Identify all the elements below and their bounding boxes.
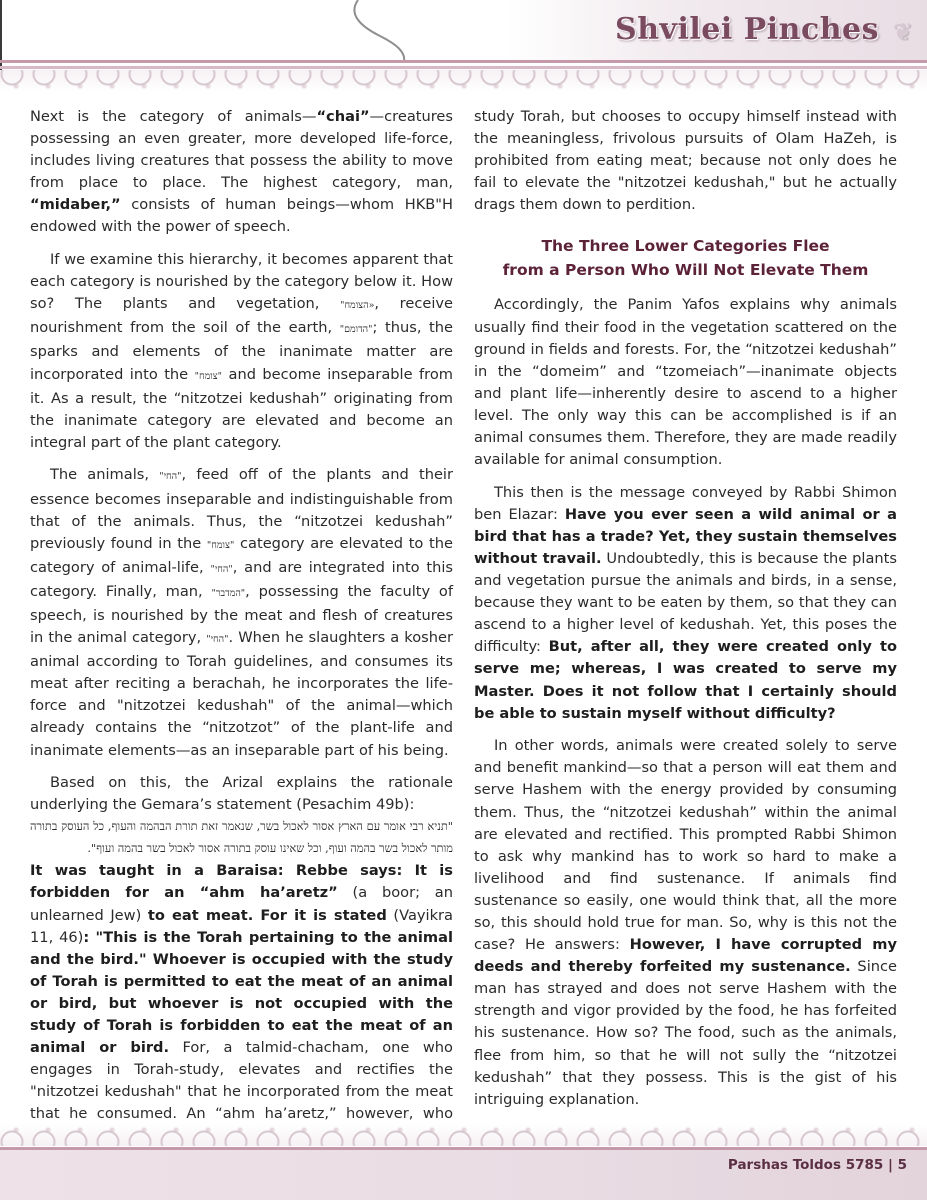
page-footer: Parshas Toldos 5785 | 5 xyxy=(0,1150,927,1200)
term-chai: “chai” xyxy=(316,108,369,125)
paragraph: The animals, "החי", feed off of the plan… xyxy=(30,464,453,761)
hebrew-term: "החי" xyxy=(159,471,181,482)
left-column: Next is the category of animals—“chai”—c… xyxy=(30,106,453,1158)
hebrew-quote: "תניא רבי אומר עם הארץ אסור לאכול בשר, ש… xyxy=(30,816,453,860)
hebrew-term: "צומח" xyxy=(195,371,222,382)
hebrew-term: "צומח" xyxy=(207,540,234,551)
bold-text: to eat meat. For it is stated xyxy=(148,907,387,924)
text-run: The animals, xyxy=(50,466,159,483)
paragraph: It was taught in a Baraisa: Rebbe says: … xyxy=(30,860,453,1147)
subheading-line: The Three Lower Categories Flee xyxy=(474,234,897,258)
header-rule-secondary xyxy=(0,66,927,69)
text-run: Since man has strayed and does not serve… xyxy=(474,958,897,1108)
scroll-ornament-icon: ❦ xyxy=(893,18,913,46)
bold-text: : "This is the Torah pertaining to the a… xyxy=(30,929,453,1056)
right-column: study Torah, but chooses to occupy himse… xyxy=(474,106,897,1176)
text-run: Based on this, the Arizal explains the r… xyxy=(30,774,453,813)
page-header: Shvilei Pinches ❦ xyxy=(0,0,927,100)
term-midaber: “midaber,” xyxy=(30,196,121,213)
paragraph: Accordingly, the Panim Yafos explains wh… xyxy=(474,294,897,471)
footer-page-label: Parshas Toldos 5785 | 5 xyxy=(728,1157,907,1173)
section-subheading: The Three Lower Categories Flee from a P… xyxy=(474,234,897,282)
hebrew-term: "החי" xyxy=(206,634,228,645)
paragraph: In other words, animals were created sol… xyxy=(474,735,897,1111)
hebrew-term: "המדבר" xyxy=(212,588,246,599)
hebrew-term: "הדומם" xyxy=(340,324,373,335)
paragraph: Based on this, the Arizal explains the r… xyxy=(30,772,453,816)
text-run: In other words, animals were created sol… xyxy=(474,737,897,953)
hebrew-term: "החי" xyxy=(210,564,232,575)
header-ornament-band xyxy=(0,70,927,92)
text-run: Next is the category of animals— xyxy=(30,108,316,125)
subheading-line: from a Person Who Will Not Elevate Them xyxy=(474,258,897,282)
masthead-title: Shvilei Pinches xyxy=(615,12,879,47)
decorative-curve-icon xyxy=(340,0,420,62)
hebrew-term: "הצומח» xyxy=(340,300,374,311)
paragraph: Next is the category of animals—“chai”—c… xyxy=(30,106,453,239)
paragraph: study Torah, but chooses to occupy himse… xyxy=(474,106,897,216)
header-rule xyxy=(0,60,927,63)
footer-ornament-band xyxy=(0,1124,927,1146)
text-run: . When he slaughters a kosher animal acc… xyxy=(30,629,453,758)
paragraph: If we examine this hierarchy, it becomes… xyxy=(30,249,453,454)
paragraph: This then is the message conveyed by Rab… xyxy=(474,482,897,725)
